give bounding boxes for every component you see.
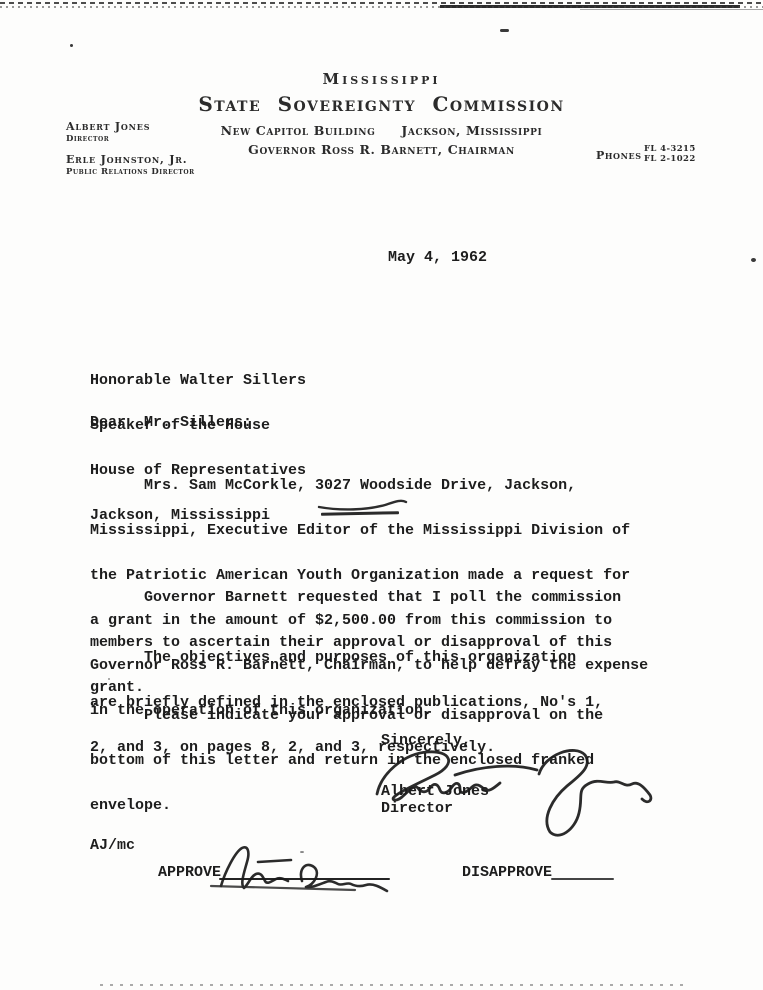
phone-number: FL 2-1022 [644,154,696,164]
phone-number: FL 4-3215 [644,144,696,154]
phones-label: Phones [596,149,642,162]
letterhead-address-line: New Capitol BuildingJackson, Mississippi [0,123,763,138]
recipient-line: Honorable Walter Sillers [90,373,306,388]
signer-title: Director [381,801,453,816]
letterhead-commission-title: State Sovereignty Commission [0,92,763,116]
disapprove-blank-line [551,878,614,880]
scan-speck [500,29,509,32]
salutation: Dear Mr. Sillers: [90,415,252,430]
body-line: Governor Barnett requested that I poll t… [90,590,621,605]
letterhead-state: Mississippi [0,70,763,88]
scan-speck [70,44,73,47]
body-line: Please indicate your approval or disappr… [90,708,603,723]
approve-signature-handwriting [203,842,403,894]
body-line: The objectives and purposes of this orga… [90,650,603,665]
reference-initials: AJ/mc [90,838,135,853]
officer-role: Public Relations Director [66,167,195,177]
body-line: Mrs. Sam McCorkle, 3027 Woodside Drive, … [90,478,648,493]
body-line: Mississippi, Executive Editor of the Mis… [90,523,648,538]
scan-artifact-top-band [0,2,763,12]
letter-date: May 4, 1962 [388,250,487,265]
capitol-building: New Capitol Building [221,123,376,138]
scanned-letter-page: Mississippi State Sovereignty Commission… [0,0,763,990]
signer-name: Albert Jones [381,784,489,799]
scan-artifact-bottom-dots [100,984,690,987]
city-state: Jackson, Mississippi [401,123,542,138]
disapprove-label: DISAPPROVE [462,865,552,880]
scan-speck [751,258,756,262]
